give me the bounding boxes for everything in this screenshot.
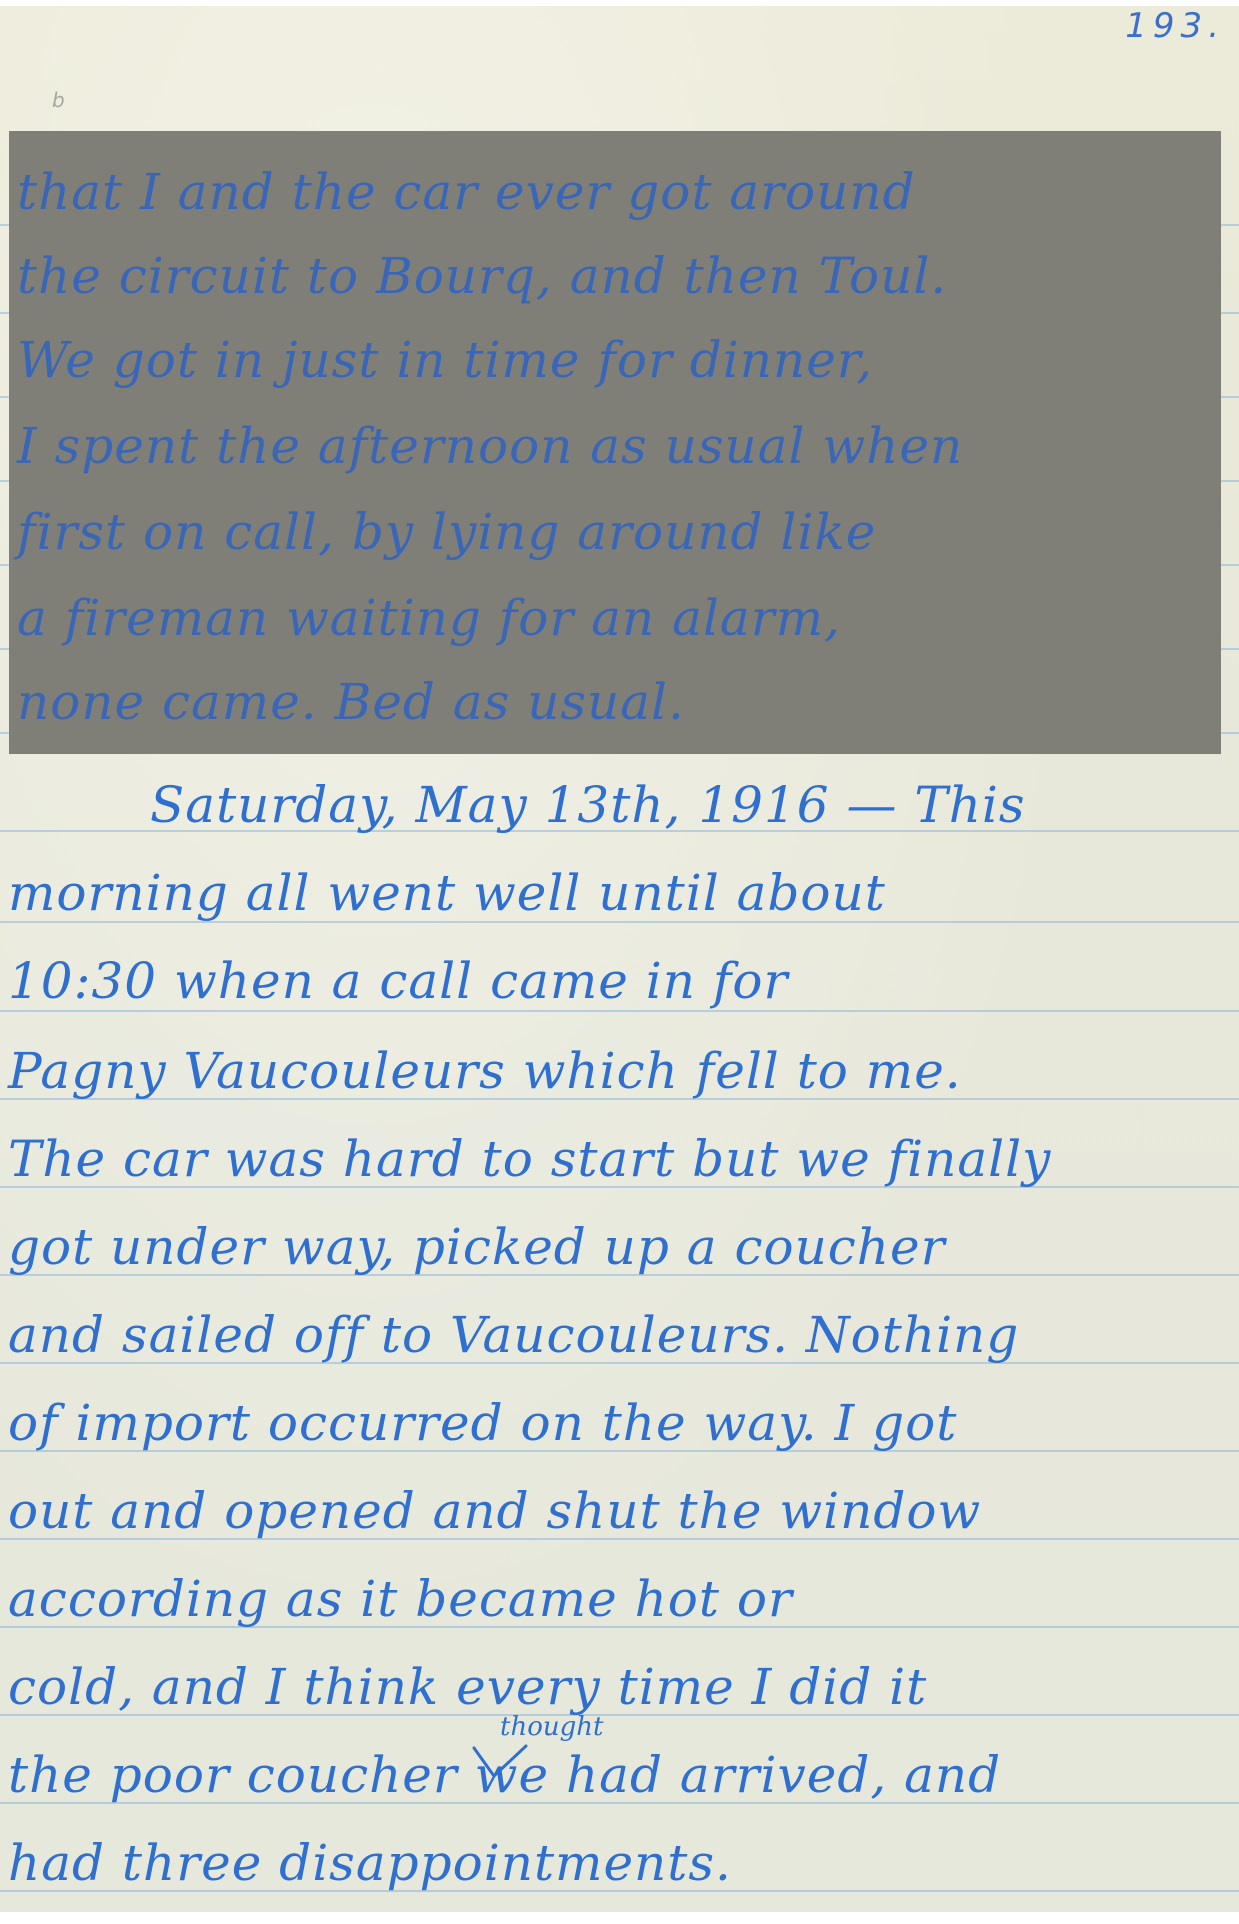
redacted-line: I spent the afternoon as usual when [17,421,963,471]
redacted-line: first on call, by lying around like [17,507,876,557]
entry-line: out and opened and shut the window [8,1486,981,1536]
pencil-mark: b [52,88,65,112]
entry-line: and sailed off to Vaucouleurs. Nothing [8,1310,1019,1360]
entry-line: cold, and I think every time I did it [8,1662,927,1712]
entry-line: 10:30 when a call came in for [8,956,788,1006]
entry-line: Pagny Vaucouleurs which fell to me. [8,1046,962,1096]
entry-line: got under way, picked up a coucher [8,1222,946,1272]
entry-heading: Saturday, May 13th, 1916 — This [150,780,1026,830]
entry-line: had three disappointments. [8,1838,732,1888]
entry-line: morning all went well until about [8,868,886,918]
redacted-line: the circuit to Bourq, and then Toul. [17,251,947,301]
entry-line: according as it became hot or [8,1574,793,1624]
notebook-page: 193. b that I and the car ever got aroun… [0,6,1239,1918]
scan-bottom-edge [0,1912,1239,1924]
entry-line: The car was hard to start but we finally [8,1134,1051,1184]
redacted-line: that I and the car ever got around [17,167,916,217]
redacted-block: that I and the car ever got around the c… [9,131,1221,754]
redacted-line: a fireman waiting for an alarm, [17,593,841,643]
redacted-line: We got in just in time for dinner, [17,335,873,385]
entry-line: of import occurred on the way. I got [8,1398,957,1448]
redacted-line: none came. Bed as usual. [17,677,685,727]
interlinear-insertion: thought [500,1712,603,1742]
ruled-line [0,1010,1239,1012]
insertion-caret-icon [470,1742,530,1782]
page-number: 193. [1125,6,1225,46]
